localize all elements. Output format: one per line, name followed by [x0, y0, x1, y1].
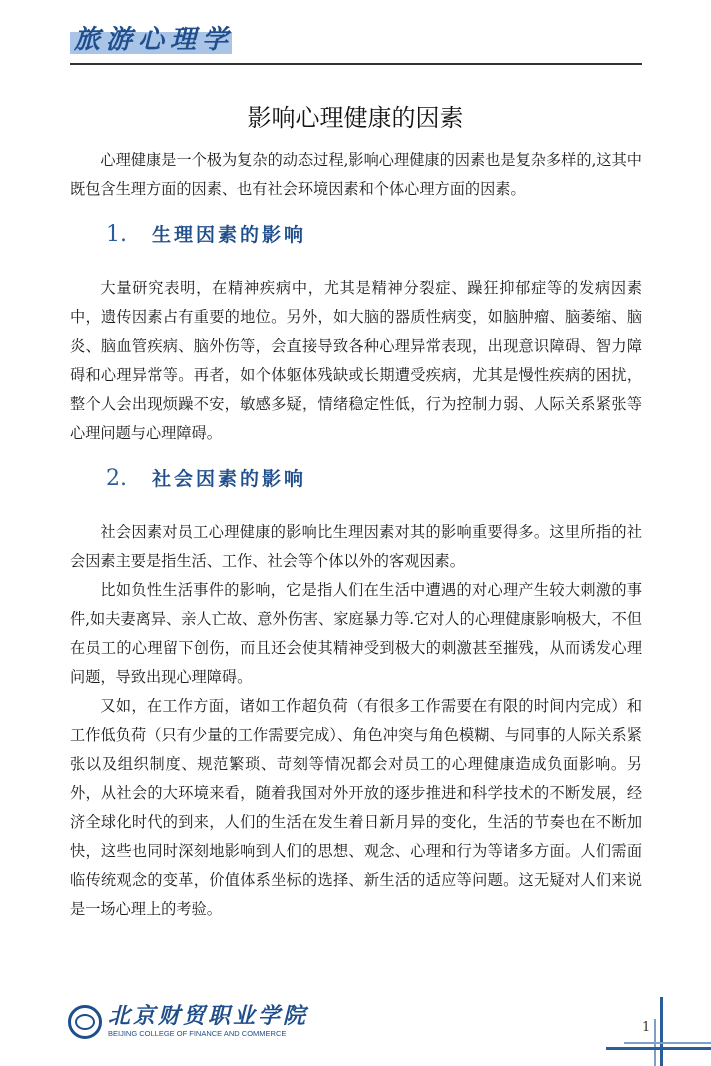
section-title: 生理因素的影响 [152, 216, 306, 254]
section-1-paragraph-1: 大量研究表明，在精神疾病中，尤其是精神分裂症、躁狂抑郁症等的发病因素中，遗传因素… [70, 274, 642, 448]
college-logo: 北京财贸职业学院 BEIJING COLLEGE OF FINANCE AND … [68, 1005, 308, 1039]
page-title: 影响心理健康的因素 [0, 98, 711, 133]
section-2-paragraph-3: 又如，在工作方面，诸如工作超负荷（有很多工作需要在有限的时间内完成）和工作低负荷… [70, 692, 642, 924]
section-heading-1: 1. 生理因素的影响 [106, 216, 642, 254]
corner-decoration-line [624, 1042, 711, 1044]
section-2-paragraph-1: 社会因素对员工心理健康的影响比生理因素对其的影响重要得多。这里所指的社会因素主要… [70, 518, 642, 576]
section-number: 1. [106, 216, 152, 254]
section-title: 社会因素的影响 [152, 460, 306, 498]
college-seal-icon [68, 1005, 102, 1039]
section-heading-2: 2. 社会因素的影响 [106, 460, 642, 498]
page-number: 1 [642, 1020, 650, 1035]
section-number: 2. [106, 460, 152, 498]
document-body: 心理健康是一个极为复杂的动态过程,影响心理健康的因素也是复杂多样的,这其中既包含… [70, 146, 642, 924]
header-rule [70, 63, 642, 65]
corner-decoration-line [660, 997, 663, 1066]
college-name-en: BEIJING COLLEGE OF FINANCE AND COMMERCE [108, 1029, 308, 1039]
intro-paragraph: 心理健康是一个极为复杂的动态过程,影响心理健康的因素也是复杂多样的,这其中既包含… [70, 146, 642, 204]
corner-decoration-line [606, 1047, 711, 1050]
section-2-paragraph-2: 比如负性生活事件的影响，它是指人们在生活中遭遇的对心理产生较大刺激的事件,如夫妻… [70, 576, 642, 692]
college-name-cn: 北京财贸职业学院 [108, 1005, 308, 1029]
book-title: 旅游心理学 [74, 22, 234, 58]
